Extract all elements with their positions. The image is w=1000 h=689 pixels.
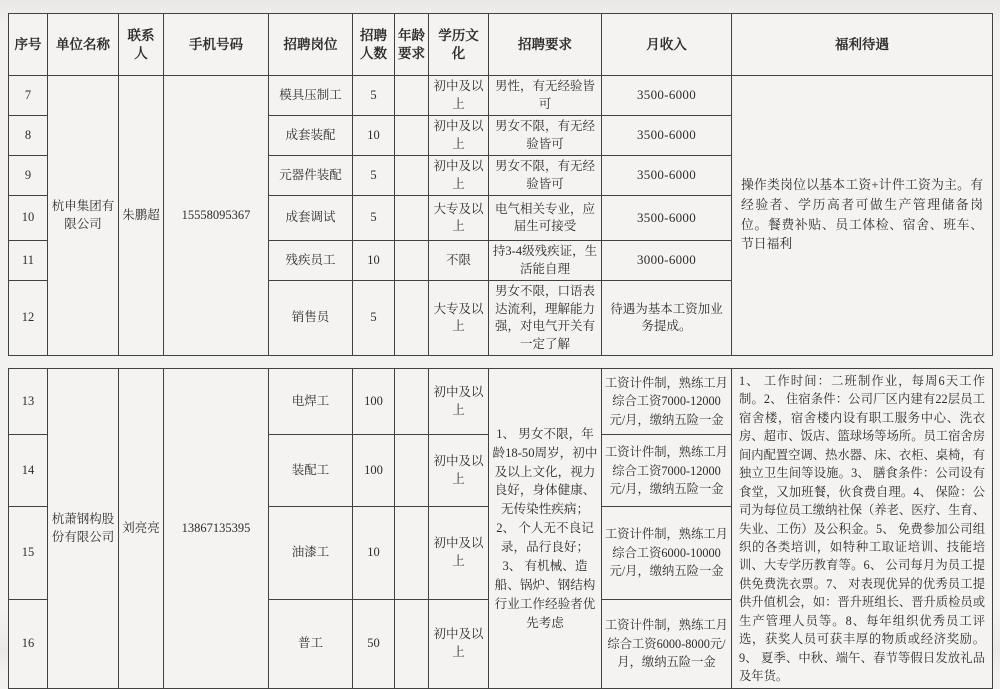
income-cell: 3500-6000 [602, 116, 732, 156]
header-cell-count: 招聘人数 [353, 14, 395, 76]
count-cell: 100 [353, 369, 395, 435]
count-cell: 10 [353, 241, 395, 281]
table-header-row: 序号 单位名称 联系人 手机号码 招聘岗位 招聘人数 年龄要求 学历文化 招聘要… [9, 14, 993, 76]
phone-cell: 13867135395 [164, 369, 269, 649]
seq-cell: 12 [9, 281, 48, 356]
age-cell [395, 76, 429, 116]
requirement-cell: 1、 男女不限，年龄18-50周岁，初中及以上文化，视力良好，身体健康、无传染性… [489, 369, 602, 649]
seq-cell: 11 [9, 241, 48, 281]
position-cell: 油漆工 [269, 507, 353, 599]
position-cell: 成套调试 [269, 196, 353, 241]
recruitment-table-page: 序号 单位名称 联系人 手机号码 招聘岗位 招聘人数 年龄要求 学历文化 招聘要… [8, 13, 992, 648]
age-cell [395, 281, 429, 356]
seq-cell: 8 [9, 116, 48, 156]
position-cell: 成套装配 [269, 116, 353, 156]
age-cell [395, 435, 429, 507]
position-cell: 装配工 [269, 435, 353, 507]
contact-cell: 刘亮亮 [119, 369, 164, 649]
header-cell-benefits: 福利待遇 [732, 14, 993, 76]
income-cell: 工资计件制，熟练工月综合工资6000-10000元/月，缴纳五险一金 [602, 507, 732, 599]
count-cell: 5 [353, 156, 395, 196]
benefits-cell: 操作类岗位以基本工资+计件工资为主。有经验者、学历高者可做生产管理储备岗位。餐费… [732, 76, 993, 356]
recruitment-table-section-1: 序号 单位名称 联系人 手机号码 招聘岗位 招聘人数 年龄要求 学历文化 招聘要… [8, 13, 993, 356]
contact-cell: 朱鹏超 [119, 76, 164, 356]
age-cell [395, 369, 429, 435]
requirement-cell: 男性，有无经验皆可 [489, 76, 602, 116]
benefits-cell: 1、 工作时间：二班制作业，每周6天工作制。2、 住宿条件：公司厂区内建有22层… [732, 369, 993, 649]
education-cell: 不限 [429, 241, 489, 281]
position-cell: 普工 [269, 599, 353, 648]
age-cell [395, 116, 429, 156]
income-cell: 3000-6000 [602, 241, 732, 281]
age-cell [395, 156, 429, 196]
seq-cell: 13 [9, 369, 48, 435]
requirement-cell: 电气相关专业，应届生可接受 [489, 196, 602, 241]
age-cell [395, 507, 429, 599]
income-cell: 待遇为基本工资加业务提成。 [602, 281, 732, 356]
count-cell: 10 [353, 507, 395, 599]
income-cell: 工资计件制，熟练工月综合工资7000-12000元/月，缴纳五险一金 [602, 435, 732, 507]
header-cell-contact: 联系人 [119, 14, 164, 76]
header-cell-phone: 手机号码 [164, 14, 269, 76]
income-cell: 3500-6000 [602, 156, 732, 196]
education-cell: 初中及以上 [429, 76, 489, 116]
income-cell: 3500-6000 [602, 196, 732, 241]
count-cell: 50 [353, 599, 395, 648]
age-cell [395, 599, 429, 648]
education-cell: 初中及以上 [429, 435, 489, 507]
seq-cell: 10 [9, 196, 48, 241]
header-cell-position: 招聘岗位 [269, 14, 353, 76]
position-cell: 销售员 [269, 281, 353, 356]
position-cell: 电焊工 [269, 369, 353, 435]
count-cell: 5 [353, 196, 395, 241]
education-cell: 初中及以上 [429, 369, 489, 435]
count-cell: 5 [353, 76, 395, 116]
income-cell: 3500-6000 [602, 76, 732, 116]
seq-cell: 14 [9, 435, 48, 507]
position-cell: 残疾员工 [269, 241, 353, 281]
requirement-cell: 男女不限，口语表达流利，理解能力强，对电气开关有一定了解 [489, 281, 602, 356]
position-cell: 元器件装配 [269, 156, 353, 196]
requirement-cell: 持3-4级残疾证，生活能自理 [489, 241, 602, 281]
header-cell-company: 单位名称 [48, 14, 119, 76]
header-cell-income: 月收入 [602, 14, 732, 76]
table-row: 7 杭申集团有限公司 朱鹏超 15558095367 模具压制工 5 初中及以上… [9, 76, 993, 116]
requirement-cell: 男女不限，有无经验皆可 [489, 116, 602, 156]
education-cell: 初中及以上 [429, 507, 489, 599]
position-cell: 模具压制工 [269, 76, 353, 116]
header-cell-age: 年龄要求 [395, 14, 429, 76]
table-row: 13 杭萧钢构股份有限公司 刘亮亮 13867135395 电焊工 100 初中… [9, 369, 993, 435]
count-cell: 10 [353, 116, 395, 156]
seq-cell: 16 [9, 599, 48, 648]
income-cell: 工资计件制，熟练工月综合工资7000-12000元/月，缴纳五险一金 [602, 369, 732, 435]
education-cell: 大专及以上 [429, 196, 489, 241]
education-cell: 初中及以上 [429, 599, 489, 648]
age-cell [395, 196, 429, 241]
company-cell: 杭申集团有限公司 [48, 76, 119, 356]
header-cell-seq: 序号 [9, 14, 48, 76]
seq-cell: 7 [9, 76, 48, 116]
count-cell: 100 [353, 435, 395, 507]
income-cell: 工资计件制，熟练工月综合工资6000-8000元/月，缴纳五险一金 [602, 599, 732, 648]
requirement-cell: 男女不限，有无经验皆可 [489, 156, 602, 196]
education-cell: 初中及以上 [429, 156, 489, 196]
seq-cell: 15 [9, 507, 48, 599]
education-cell: 初中及以上 [429, 116, 489, 156]
recruitment-table-section-2: 13 杭萧钢构股份有限公司 刘亮亮 13867135395 电焊工 100 初中… [8, 368, 993, 648]
count-cell: 5 [353, 281, 395, 356]
company-cell: 杭萧钢构股份有限公司 [48, 369, 119, 649]
seq-cell: 9 [9, 156, 48, 196]
education-cell: 大专及以上 [429, 281, 489, 356]
phone-cell: 15558095367 [164, 76, 269, 356]
header-cell-requirement: 招聘要求 [489, 14, 602, 76]
header-cell-education: 学历文化 [429, 14, 489, 76]
age-cell [395, 241, 429, 281]
section-divider [8, 356, 992, 368]
